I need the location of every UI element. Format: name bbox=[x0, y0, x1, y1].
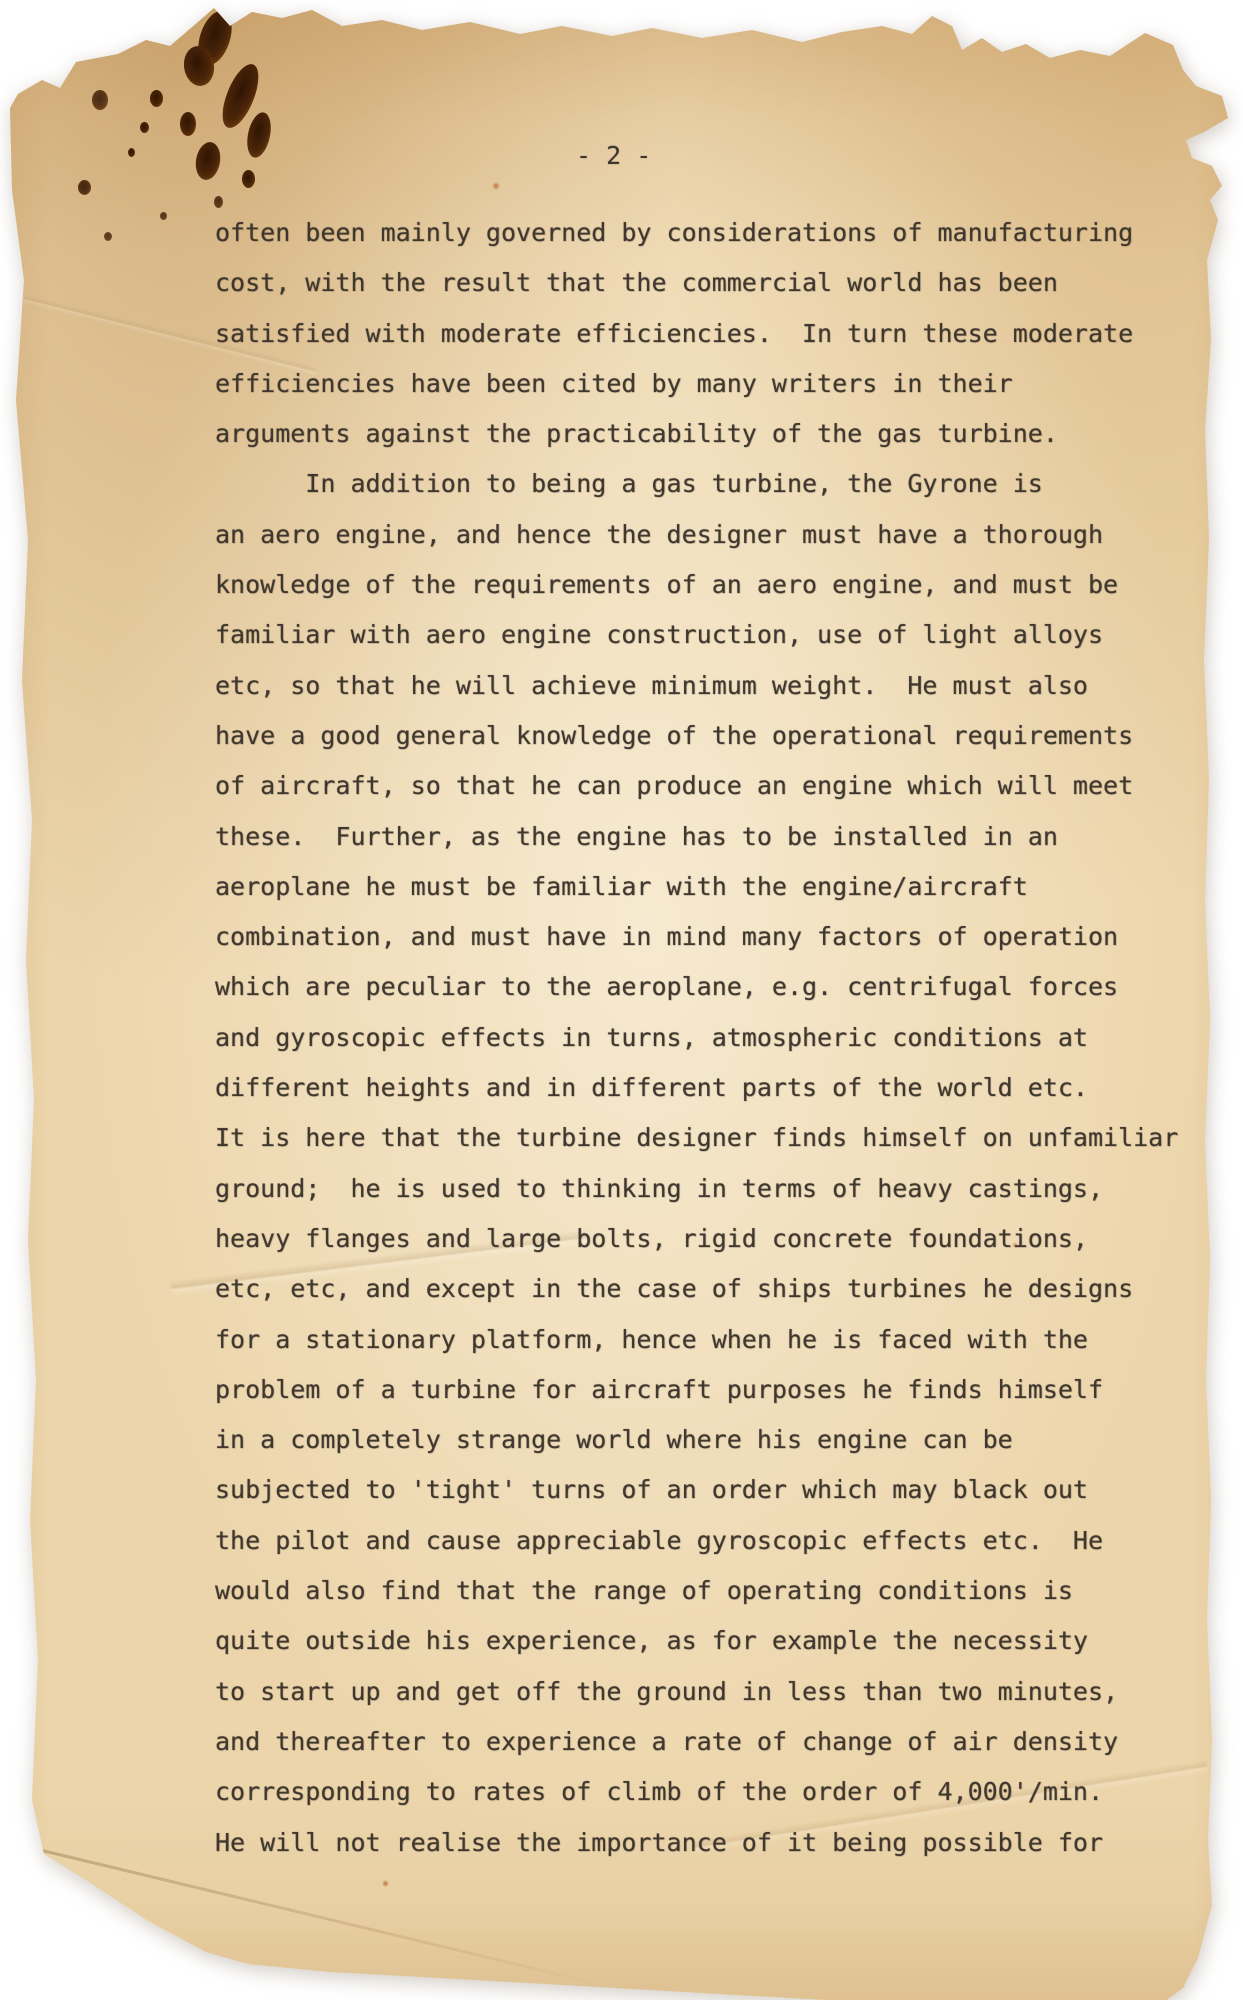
ink-stain bbox=[128, 148, 135, 157]
text-line: heavy flanges and large bolts, rigid con… bbox=[215, 1214, 1178, 1264]
text-line: an aero engine, and hence the designer m… bbox=[215, 510, 1178, 560]
text-line: He will not realise the importance of it… bbox=[215, 1818, 1178, 1868]
text-line: to start up and get off the ground in le… bbox=[215, 1667, 1178, 1717]
text-line: etc, so that he will achieve minimum wei… bbox=[215, 661, 1178, 711]
ink-stain bbox=[160, 212, 167, 220]
document-page: - 2 - often been mainly governed by cons… bbox=[0, 0, 1243, 2000]
ink-stain bbox=[140, 122, 149, 133]
text-line: of aircraft, so that he can produce an e… bbox=[215, 761, 1178, 811]
text-line: familiar with aero engine construction, … bbox=[215, 610, 1178, 660]
text-line: and gyroscopic effects in turns, atmosph… bbox=[215, 1013, 1178, 1063]
ink-stain bbox=[78, 180, 91, 195]
text-line: these. Further, as the engine has to be … bbox=[215, 812, 1178, 862]
ink-stain bbox=[92, 90, 108, 110]
text-line: satisfied with moderate efficiencies. In… bbox=[215, 309, 1178, 359]
ink-stain bbox=[242, 170, 255, 188]
text-line: have a good general knowledge of the ope… bbox=[215, 711, 1178, 761]
typewritten-text: often been mainly governed by considerat… bbox=[215, 208, 1178, 1868]
text-line: etc, etc, and except in the case of ship… bbox=[215, 1264, 1178, 1314]
text-line: ground; he is used to thinking in terms … bbox=[215, 1164, 1178, 1214]
ink-stain bbox=[243, 110, 274, 160]
text-line: would also find that the range of operat… bbox=[215, 1566, 1178, 1616]
photo-background: - 2 - often been mainly governed by cons… bbox=[0, 0, 1243, 2000]
rust-speck bbox=[382, 1880, 389, 1887]
page-number: - 2 - bbox=[576, 141, 651, 171]
paper-shadow: - 2 - often been mainly governed by cons… bbox=[0, 0, 1243, 2000]
text-line: and thereafter to experience a rate of c… bbox=[215, 1717, 1178, 1767]
ink-stain bbox=[150, 90, 163, 107]
text-line: different heights and in different parts… bbox=[215, 1063, 1178, 1113]
text-line: which are peculiar to the aeroplane, e.g… bbox=[215, 962, 1178, 1012]
text-line: the pilot and cause appreciable gyroscop… bbox=[215, 1516, 1178, 1566]
text-line: arguments against the practicability of … bbox=[215, 409, 1178, 459]
text-line: cost, with the result that the commercia… bbox=[215, 258, 1178, 308]
ink-stain bbox=[193, 140, 223, 182]
text-line: subjected to 'tight' turns of an order w… bbox=[215, 1465, 1178, 1515]
rust-speck bbox=[492, 182, 500, 190]
text-line: In addition to being a gas turbine, the … bbox=[215, 459, 1178, 509]
text-line: aeroplane he must be familiar with the e… bbox=[215, 862, 1178, 912]
text-line: efficiencies have been cited by many wri… bbox=[215, 359, 1178, 409]
text-line: quite outside his experience, as for exa… bbox=[215, 1616, 1178, 1666]
text-line: problem of a turbine for aircraft purpos… bbox=[215, 1365, 1178, 1415]
text-line: It is here that the turbine designer fin… bbox=[215, 1113, 1178, 1163]
text-line: knowledge of the requirements of an aero… bbox=[215, 560, 1178, 610]
text-line: combination, and must have in mind many … bbox=[215, 912, 1178, 962]
ink-stain bbox=[104, 232, 112, 241]
ink-stain bbox=[180, 112, 196, 136]
text-line: in a completely strange world where his … bbox=[215, 1415, 1178, 1465]
text-line: for a stationary platform, hence when he… bbox=[215, 1315, 1178, 1365]
text-line: corresponding to rates of climb of the o… bbox=[215, 1767, 1178, 1817]
ink-stain bbox=[214, 196, 223, 208]
text-line: often been mainly governed by considerat… bbox=[215, 208, 1178, 258]
